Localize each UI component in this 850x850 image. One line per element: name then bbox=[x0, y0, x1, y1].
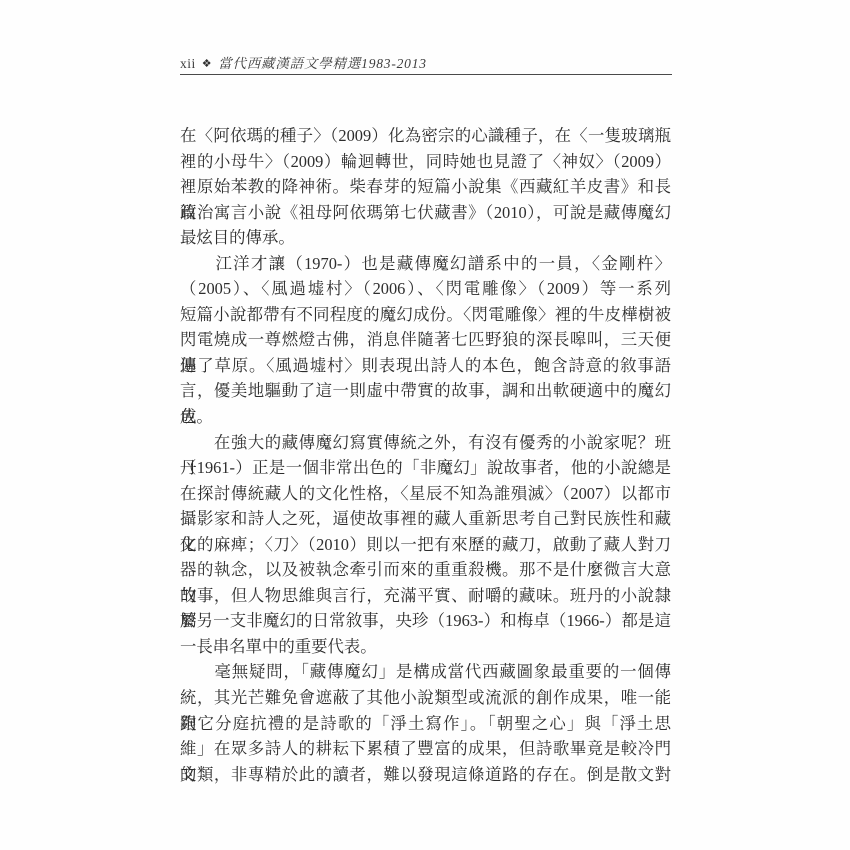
text-line: 化的麻痺；〈刀〉（2010）則以一把有來歷的藏刀，啟動了藏人對刀 bbox=[180, 532, 671, 558]
text-line: 攝影家和詩人之死，逼使故事裡的藏人重新思考自己對民族性和藏文 bbox=[180, 506, 671, 532]
text-line: 最炫目的傳承。 bbox=[180, 225, 671, 251]
text-line: 於另一支非魔幻的日常敘事，央珍（1963-）和梅卓（1966-）都是這 bbox=[180, 608, 671, 634]
text-line: 色。 bbox=[180, 404, 671, 430]
text-line: 裡的小母牛〉（2009）輪迴轉世，同時她也見證了〈神奴〉（2009） bbox=[180, 149, 671, 175]
diamond-separator-icon: ❖ bbox=[202, 59, 212, 73]
text-line: （1961-）正是一個非常出色的「非魔幻」說故事者，他的小說總是 bbox=[180, 455, 671, 481]
header-rule bbox=[180, 74, 672, 75]
book-page: xii ❖ 當代西藏漢語文學精選1983-2013 在〈阿依瑪的種子〉（2009… bbox=[0, 0, 850, 850]
text-line: 故事，但人物思維與言行，充滿平實、耐嚼的藏味。班丹的小說隸屬 bbox=[180, 583, 671, 609]
paragraph: 毫無疑問，「藏傳魔幻」是構成當代西藏圖象最重要的一個傳 統，其光芒難免會遮蔽了其… bbox=[180, 659, 671, 787]
text-line: 統，其光芒難免會遮蔽了其他小說類型或流派的創作成果，唯一能夠 bbox=[180, 685, 671, 711]
text-line: 閃電燒成一尊燃燈古佛，消息伴隨著七匹野狼的深長嗥叫，三天便傳 bbox=[180, 327, 671, 353]
text-line: 政治寓言小說《祖母阿依瑪第七伏藏書》（2010），可說是藏傳魔幻 bbox=[180, 200, 671, 226]
text-line: 在強大的藏傳魔幻寫實傳統之外，有沒有優秀的小說家呢？班丹 bbox=[180, 430, 671, 456]
paragraph: 江洋才讓（1970-）也是藏傳魔幻譜系中的一員，〈金剛杵〉 （2005）、〈風過… bbox=[180, 251, 671, 430]
text-line: 江洋才讓（1970-）也是藏傳魔幻譜系中的一員，〈金剛杵〉 bbox=[180, 251, 671, 277]
text-line: 跟它分庭抗禮的是詩歌的「淨土寫作」。「朝聖之心」與「淨土思 bbox=[180, 711, 671, 737]
text-line: 言，優美地驅動了這一則虛中帶實的故事，調和出軟硬適中的魔幻成 bbox=[180, 378, 671, 404]
body-text: 在〈阿依瑪的種子〉（2009）化為密宗的心識種子，在〈一隻玻璃瓶 裡的小母牛〉（… bbox=[180, 123, 671, 787]
running-head-title: 當代西藏漢語文學精選1983-2013 bbox=[218, 52, 427, 73]
text-line: 毫無疑問，「藏傳魔幻」是構成當代西藏圖象最重要的一個傳 bbox=[180, 659, 671, 685]
text-line: 一長串名單中的重要代表。 bbox=[180, 634, 671, 660]
text-line: 短篇小說都帶有不同程度的魔幻成份。〈閃電雕像〉裡的牛皮樺樹被 bbox=[180, 302, 671, 328]
text-line: 裡原始苯教的降神術。柴春芽的短篇小說集《西藏紅羊皮書》和長篇 bbox=[180, 174, 671, 200]
text-line: 維」在眾多詩人的耕耘下累積了豐富的成果，但詩歌畢竟是較冷門的 bbox=[180, 736, 671, 762]
text-line: 在〈阿依瑪的種子〉（2009）化為密宗的心識種子，在〈一隻玻璃瓶 bbox=[180, 123, 671, 149]
paragraph: 在〈阿依瑪的種子〉（2009）化為密宗的心識種子，在〈一隻玻璃瓶 裡的小母牛〉（… bbox=[180, 123, 671, 251]
text-line: （2005）、〈風過墟村〉（2006）、〈閃電雕像〉（2009）等一系列 bbox=[180, 276, 671, 302]
page-number: xii bbox=[180, 56, 196, 73]
text-line: 器的執念，以及被執念牽引而來的重重殺機。那不是什麼微言大意的 bbox=[180, 557, 671, 583]
page-header: xii ❖ 當代西藏漢語文學精選1983-2013 bbox=[180, 50, 672, 73]
text-line: 文類，非專精於此的讀者，難以發現這條道路的存在。倒是散文對 bbox=[180, 762, 671, 788]
text-line: 遍了草原。〈風過墟村〉則表現出詩人的本色，飽含詩意的敘事語 bbox=[180, 353, 671, 379]
paragraph: 在強大的藏傳魔幻寫實傳統之外，有沒有優秀的小說家呢？班丹 （1961-）正是一個… bbox=[180, 430, 671, 660]
text-line: 在探討傳統藏人的文化性格，〈星辰不知為誰殞滅〉（2007）以都市 bbox=[180, 481, 671, 507]
